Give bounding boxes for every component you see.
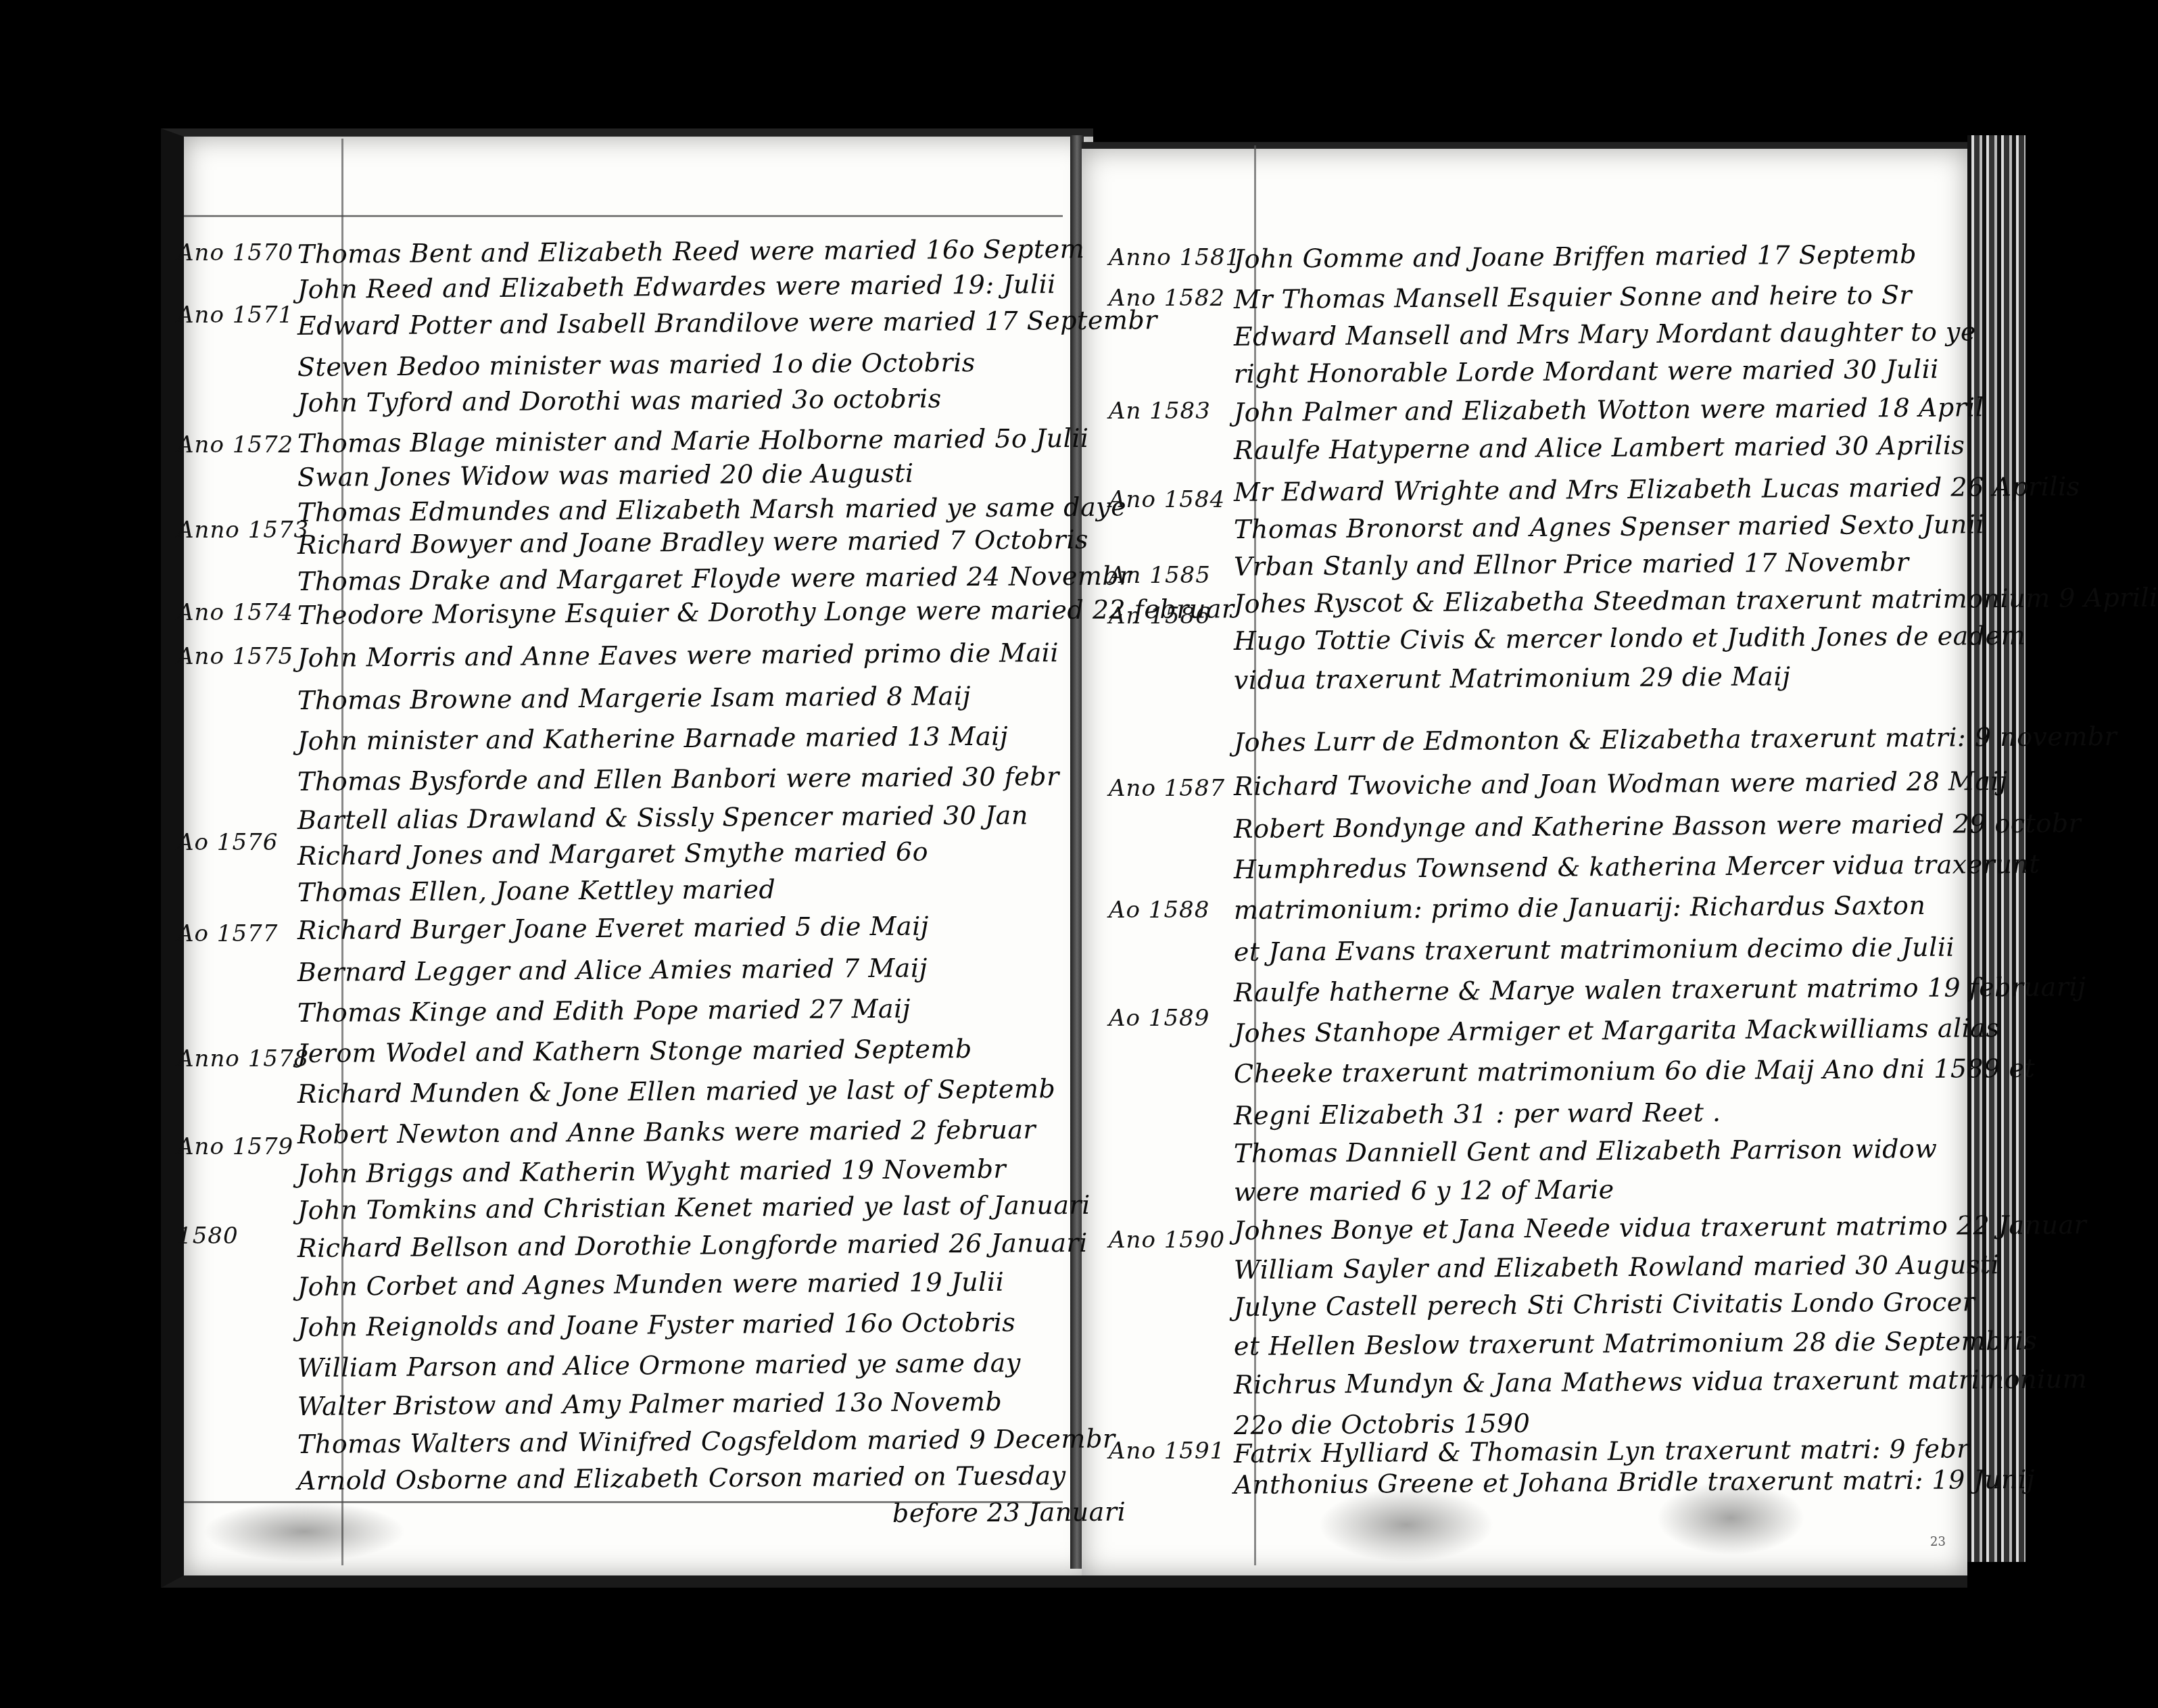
year-label: An 1585 bbox=[1109, 562, 1211, 589]
marriage-entry: 22o die Octobris 1590 bbox=[1234, 1408, 1531, 1440]
register-spread: Ano 1570Ano 1571Ano 1572Anno 1573Ano 157… bbox=[0, 0, 2158, 1708]
marriage-entry: Richrus Mundyn & Jana Mathews vidua trax… bbox=[1234, 1364, 2088, 1400]
marriage-entry: Johes Lurr de Edmonton & Elizabetha trax… bbox=[1234, 721, 2117, 757]
marriage-entry: John Briggs and Katherin Wyght maried 19… bbox=[297, 1154, 1006, 1189]
marriage-entry: Thomas Danniell Gent and Elizabeth Parri… bbox=[1234, 1134, 1938, 1168]
marriage-entry: Swan Jones Widow was maried 20 die Augus… bbox=[297, 458, 914, 492]
marriage-entry: Thomas Ellen, Joane Kettley maried bbox=[297, 874, 776, 907]
marriage-entry: Thomas Browne and Margerie Isam maried 8… bbox=[297, 681, 971, 715]
marriage-entry: right Honorable Lorde Mordant were marie… bbox=[1234, 354, 1939, 389]
marriage-entry: before 23 Januari bbox=[892, 1497, 1126, 1528]
year-label: An 1586 bbox=[1109, 602, 1211, 630]
left-top-rule bbox=[184, 215, 1063, 217]
marriage-entry: John Corbet and Agnes Munden were maried… bbox=[297, 1267, 1005, 1302]
folio-number: 23 bbox=[1930, 1535, 1946, 1549]
marriage-entry: Richard Bowyer and Joane Bradley were ma… bbox=[297, 525, 1088, 560]
marriage-entry: Edward Potter and Isabell Brandilove wer… bbox=[297, 305, 1157, 341]
year-label: Ano 1582 bbox=[1109, 285, 1225, 312]
marriage-entry: Robert Bondynge and Katherine Basson wer… bbox=[1234, 808, 2082, 844]
marriage-entry: John Palmer and Elizabeth Wotton were ma… bbox=[1234, 392, 1984, 427]
marriage-entry: John Tomkins and Christian Kenet maried … bbox=[297, 1190, 1090, 1225]
year-label: Ano 1574 bbox=[177, 599, 293, 626]
marriage-entry: John minister and Katherine Barnade mari… bbox=[297, 721, 1009, 756]
year-label: Ano 1570 bbox=[177, 239, 293, 266]
marriage-entry: Thomas Bysforde and Ellen Banbori were m… bbox=[297, 761, 1059, 797]
marriage-entry: Mr Thomas Mansell Esquier Sonne and heir… bbox=[1234, 280, 1912, 314]
marriage-entry: Richard Bellson and Dorothie Longforde m… bbox=[297, 1228, 1088, 1263]
marriage-entry: were maried 6 y 12 of Marie bbox=[1234, 1175, 1614, 1207]
marriage-entry: William Sayler and Elizabeth Rowland mar… bbox=[1234, 1250, 2000, 1285]
year-label: Anno 1573 bbox=[177, 517, 309, 544]
marriage-entry: Humphredus Townsend & katherina Mercer v… bbox=[1234, 849, 2040, 884]
marriage-entry: Richard Munden & Jone Ellen maried ye la… bbox=[297, 1074, 1055, 1109]
stain bbox=[203, 1501, 406, 1562]
marriage-entry: Thomas Blage minister and Marie Holborne… bbox=[297, 423, 1089, 458]
marriage-entry: Bernard Legger and Alice Amies maried 7 … bbox=[297, 953, 928, 987]
marriage-entry: Richard Burger Joane Everet maried 5 die… bbox=[297, 911, 929, 945]
marriage-entry: John Reignolds and Joane Fyster maried 1… bbox=[297, 1308, 1016, 1342]
year-label: Ano 1584 bbox=[1109, 486, 1225, 513]
marriage-entry: Bartell alias Drawland & Sissly Spencer … bbox=[297, 800, 1028, 835]
marriage-entry: Cheeke traxerunt matrimonium 6o die Maij… bbox=[1234, 1053, 2035, 1089]
marriage-entry: Raulfe Hatyperne and Alice Lambert marie… bbox=[1234, 430, 1965, 465]
marriage-entry: vidua traxerunt Matrimonium 29 die Maij bbox=[1234, 661, 1791, 695]
year-label: An 1583 bbox=[1109, 398, 1211, 425]
year-label: Anno 1581 bbox=[1109, 244, 1241, 271]
marriage-entry: Steven Bedoo minister was maried 1o die … bbox=[297, 348, 976, 382]
marriage-entry: Hugo Tottie Civis & mercer londo et Judi… bbox=[1234, 621, 2025, 656]
marriage-entry: Thomas Bronorst and Agnes Spenser maried… bbox=[1234, 509, 1985, 544]
year-label: Ano 1579 bbox=[177, 1133, 293, 1160]
year-label: Ano 1590 bbox=[1109, 1227, 1225, 1254]
marriage-entry: Thomas Drake and Margaret Floyde were ma… bbox=[297, 561, 1132, 596]
year-label: Ao 1576 bbox=[177, 829, 278, 856]
marriage-entry: Jerom Wodel and Kathern Stonge maried Se… bbox=[297, 1034, 972, 1068]
marriage-entry: Regni Elizabeth 31 : per ward Reet . bbox=[1234, 1097, 1721, 1131]
year-label: Ano 1571 bbox=[177, 302, 293, 329]
marriage-entry: Julyne Castell perech Sti Christi Civita… bbox=[1234, 1287, 1975, 1322]
marriage-entry: Arnold Osborne and Elizabeth Corson mari… bbox=[297, 1461, 1066, 1496]
marriage-entry: Fatrix Hylliard & Thomasin Lyn traxerunt… bbox=[1234, 1433, 1969, 1469]
year-label: Ano 1587 bbox=[1109, 775, 1225, 802]
marriage-entry: Johes Stanhope Armiger et Margarita Mack… bbox=[1234, 1013, 2000, 1048]
year-label: Ano 1572 bbox=[177, 431, 293, 458]
year-label: Anno 1578 bbox=[177, 1045, 309, 1072]
marriage-entry: John Gomme and Joane Briffen maried 17 S… bbox=[1234, 239, 1917, 274]
marriage-entry: John Morris and Anne Eaves were maried p… bbox=[297, 638, 1059, 673]
year-label: Ano 1591 bbox=[1109, 1438, 1225, 1465]
marriage-entry: Thomas Edmundes and Elizabeth Marsh mari… bbox=[297, 492, 1126, 527]
marriage-entry: Thomas Walters and Winifred Cogsfeldom m… bbox=[297, 1424, 1116, 1459]
marriage-entry: Richard Jones and Margaret Smythe maried… bbox=[297, 836, 928, 871]
marriage-entry: Raulfe hatherne & Marye walen traxerunt … bbox=[1234, 972, 2086, 1007]
marriage-entry: Robert Newton and Anne Banks were maried… bbox=[297, 1114, 1036, 1149]
marriage-entry: Thomas Bent and Elizabeth Reed were mari… bbox=[297, 234, 1084, 269]
marriage-entry: Mr Edward Wrighte and Mrs Elizabeth Luca… bbox=[1234, 471, 2080, 507]
marriage-entry: William Parson and Alice Ormone maried y… bbox=[297, 1348, 1021, 1383]
year-label: Ao 1589 bbox=[1109, 1005, 1209, 1032]
year-label: Ao 1588 bbox=[1109, 897, 1209, 924]
marriage-entry: Vrban Stanly and Ellnor Price maried 17 … bbox=[1234, 547, 1909, 582]
marriage-entry: et Hellen Beslow traxerunt Matrimonium 2… bbox=[1234, 1326, 2038, 1361]
marriage-entry: Richard Twoviche and Joan Wodman were ma… bbox=[1234, 766, 2008, 801]
marriage-entry: Edward Mansell and Mrs Mary Mordant daug… bbox=[1234, 316, 1976, 352]
marriage-entry: John Reed and Elizabeth Edwardes were ma… bbox=[297, 269, 1056, 304]
marriage-entry: matrimonium: primo die Januarij: Richard… bbox=[1234, 891, 1926, 925]
year-label: 1580 bbox=[177, 1223, 239, 1250]
marriage-entry: Walter Bristow and Amy Palmer maried 13o… bbox=[297, 1387, 1003, 1421]
marriage-entry: John Tyford and Dorothi was maried 3o oc… bbox=[297, 383, 942, 418]
year-label: Ao 1577 bbox=[177, 920, 278, 947]
marriage-entry: Johnes Bonye et Jana Neede vidua traxeru… bbox=[1234, 1210, 2087, 1246]
marriage-entry: et Jana Evans traxerunt matrimonium deci… bbox=[1234, 932, 1955, 967]
year-label: Ano 1575 bbox=[177, 643, 293, 670]
marriage-entry: Anthonius Greene et Johana Bridle traxer… bbox=[1234, 1465, 2035, 1500]
marriage-entry: Thomas Kinge and Edith Pope maried 27 Ma… bbox=[297, 994, 911, 1028]
